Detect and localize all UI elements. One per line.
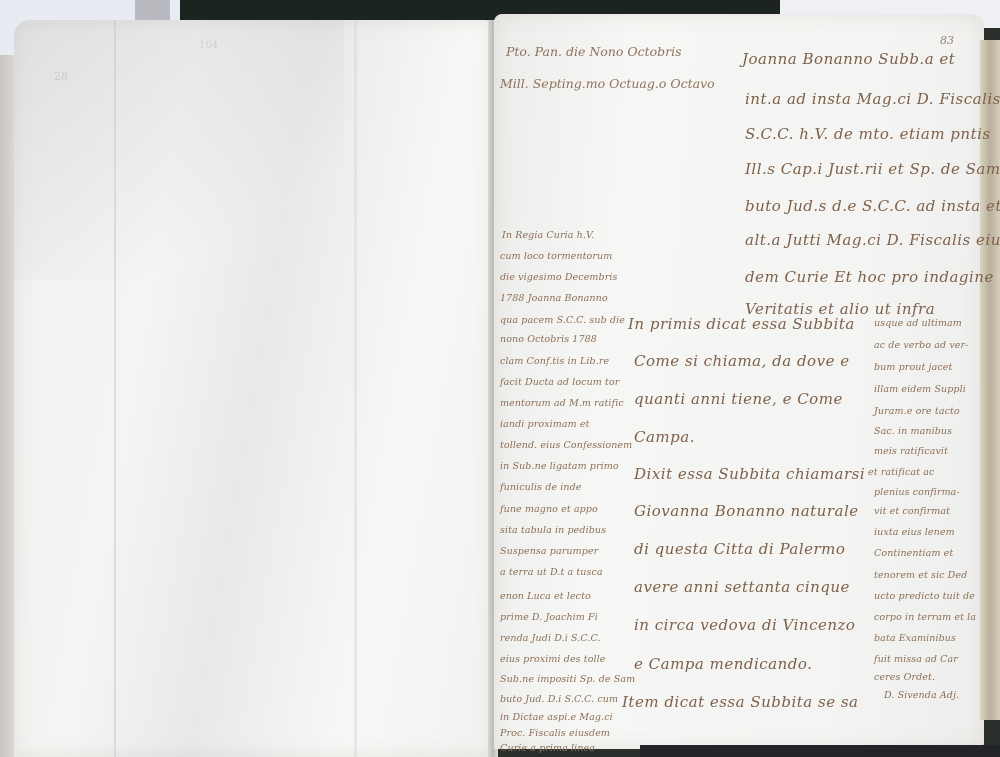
margin-line: die vigesimo Decembris [500,272,617,283]
book-cover-bottom [640,745,1000,757]
margin-line: bum prout jacet [874,362,952,373]
margin-line: in Dictae aspi.e Mag.ci [500,712,613,723]
margin-line: 1788 Joanna Bonanno [500,293,608,304]
text-line: int.a ad insta Mag.ci D. Fiscalis [745,90,1000,108]
margin-line: eius proximi des tolle [500,654,606,665]
margin-line: enon Luca et lecto [500,591,591,602]
margin-line: funiculis de inde [500,482,582,493]
text-line: in circa vedova di Vincenzo [634,616,855,634]
text-line: Dixit essa Subbita chiamarsi [634,465,865,483]
margin-line: Curie a prima linea [500,743,595,754]
margin-line: vit et confirmat [874,506,950,517]
margin-line: buto Jud. D.i S.C.C. cum [500,694,618,705]
margin-line: Sub.ne impositi Sp. de Sam [500,674,635,685]
margin-line: sita tabula in pedibus [500,525,606,536]
margin-line: usque ad ultimam [874,318,962,329]
signature: D. Sivenda Adj. [884,690,959,701]
margin-line: Sac. in manibus [874,426,952,437]
margin-line: et ratificat ac [868,467,934,478]
faint-top-mark: 104 [199,40,218,51]
heading-line: Mill. Septing.mo Octuag.o Octavo [500,76,715,91]
margin-line: illam eidem Suppli [874,384,966,395]
margin-line: bata Examinibus [874,633,956,644]
margin-line: Proc. Fiscalis eiusdem [500,728,610,739]
text-line: Come si chiama, da dove e [634,352,850,370]
text-line: quanti anni tiene, e Come [634,390,843,408]
text-line: Giovanna Bonanno naturale [634,502,859,520]
margin-line: ac de verbo ad ver- [874,340,968,351]
margin-line: cum loco tormentorum [500,251,612,262]
faint-page-number: 28 [54,70,68,83]
margin-line: facit Ducta ad locum tor [500,377,619,388]
margin-line: tenorem et sic Ded [874,570,967,581]
text-line: Item dicat essa Subbita se sa [622,693,859,711]
margin-line: ceres Ordet. [874,672,935,683]
margin-line: in Sub.ne ligatam primo [500,461,619,472]
text-line: di questa Citta di Palermo [634,540,845,558]
text-line: S.C.C. h.V. de mto. etiam pntis [745,125,991,143]
margin-line: fuit missa ad Car [874,654,958,665]
margin-line: a terra ut D.t a tusca [500,567,603,578]
margin-line: ucto predicto tuit de [874,591,975,602]
text-line: Ill.s Cap.i Just.rii et Sp. de Samm [745,160,1000,178]
margin-line: mentorum ad M.m ratific [500,398,624,409]
margin-line: corpo in terram et la [874,612,976,623]
margin-line: tollend. eius Confessionem [500,440,632,451]
margin-line: In Regia Curia h.V. [502,230,594,241]
margin-line: renda Judi D.i S.C.C. [500,633,601,644]
margin-line: Juram.e ore tacto [874,406,960,417]
heading-line: Pto. Pan. die Nono Octobris [506,44,682,59]
text-line: In primis dicat essa Subbita [628,315,855,333]
margin-line: clam Conf.tis in Lib.re [500,356,609,367]
text-line: avere anni settanta cinque [634,578,850,596]
page-fold [114,20,116,757]
text-line: dem Curie Et hoc pro indagine [745,268,994,286]
margin-line: qua pacem S.C.C. sub die [500,315,625,326]
page-fold [354,20,357,757]
folio-number: 83 [940,34,954,47]
left-page: 28 104 [14,20,494,757]
text-line: Joanna Bonanno Subb.a et [742,50,955,68]
margin-line: prime D. Joachim Fi [500,612,598,623]
margin-line: fune magno et appo [500,504,598,515]
margin-line: iandi proximam et [500,419,590,430]
text-line: Campa. [634,428,695,446]
margin-line: plenius confirma- [874,487,960,498]
margin-line: meis ratificavit [874,446,948,457]
margin-line: Suspensa parumper [500,546,598,557]
page-shadow [14,20,344,280]
margin-line: iuxta eius lenem [874,527,955,538]
margin-line: Continentiam et [874,548,953,559]
text-line: buto Jud.s d.e S.C.C. ad insta et [745,197,1000,215]
text-line: alt.a Jutti Mag.ci D. Fiscalis eius- [745,231,1000,249]
margin-line: nono Octobris 1788 [500,334,597,345]
text-line: e Campa mendicando. [634,655,812,673]
